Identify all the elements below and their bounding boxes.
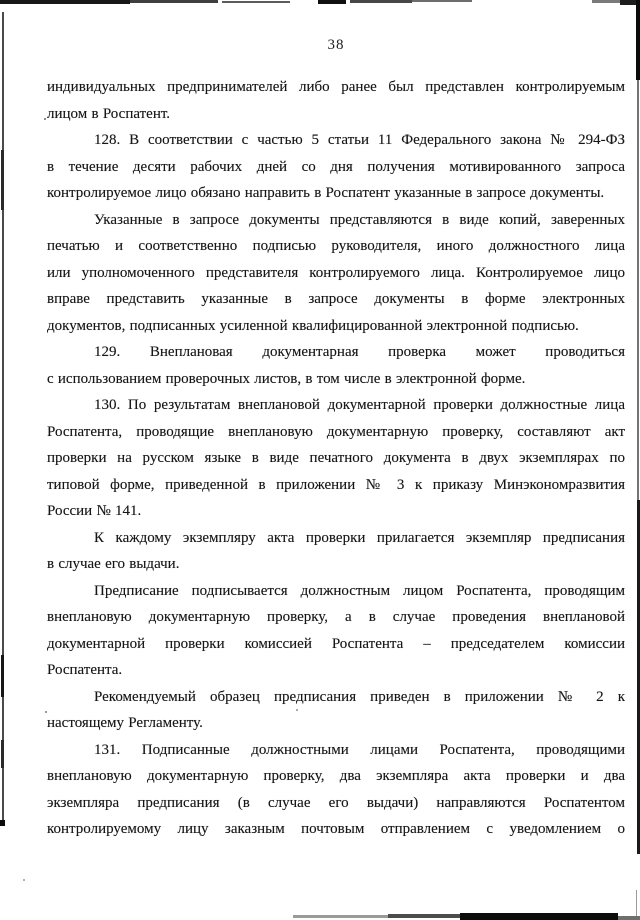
scan-artifact-left-line [2,12,4,826]
text-line: документов, подписанных усиленной квалиф… [47,313,625,340]
text-line: контролируемому лицу заказным почтовым о… [47,816,625,843]
scan-artifact-top-edge [592,0,620,3]
scan-artifact-right-line [636,890,637,916]
scan-artifact-left-line [1,740,4,768]
scan-speck [23,879,25,881]
text-line: проверки на русском языке в виде печатно… [47,445,625,472]
text-line: в случае его выдачи. [47,551,625,578]
text-line: внеплановую документарную проверку, а в … [47,604,625,631]
scan-artifact-top-edge [222,1,290,3]
paragraph: Рекомендуемый образец предписания привед… [47,684,625,737]
page-number: 38 [47,36,625,54]
text-line: 131. Подписанные должностными лицами Рос… [47,737,625,764]
text-line: лицом в Роспатент. [47,101,625,128]
text-line: 129. Внеплановая документарная проверка … [47,339,625,366]
paragraph: К каждому экземпляру акта проверки прила… [47,525,625,578]
scan-artifact-bottom-edge [293,915,388,918]
text-line: в течение десяти рабочих дней со дня пол… [47,154,625,181]
paragraph: индивидуальных предпринимателей либо ран… [47,74,625,127]
scan-artifact-top-edge [350,0,412,3]
document-page: 38 индивидуальных предпринимателей либо … [0,0,640,920]
scan-artifact-top-edge [412,0,472,2]
paragraph: 130. По результатам внеплановой документ… [47,392,625,525]
text-line: Указанные в запросе документы представля… [47,207,625,234]
scan-artifact-right-line [636,0,640,80]
text-line: контролируемое лицо обязано направить в … [47,180,625,207]
text-line: 130. По результатам внеплановой документ… [47,392,625,419]
paragraph: 129. Внеплановая документарная проверка … [47,339,625,392]
text-line: или уполномоченного представителя контро… [47,260,625,287]
text-line: России № 141. [47,498,625,525]
text-line: 128. В соответствии с частью 5 статьи 11… [47,127,625,154]
paragraph: Предписание подписывается должностным ли… [47,578,625,684]
scan-artifact-left-line [1,655,4,697]
text-line: экземпляра предписания (в случае его выд… [47,790,625,817]
text-line: К каждому экземпляру акта проверки прила… [47,525,625,552]
text-line: индивидуальных предпринимателей либо ран… [47,74,625,101]
text-line: вправе представить указанные в запросе д… [47,286,625,313]
text-line: с использованием проверочных листов, в т… [47,366,625,393]
text-line: внеплановую документарную проверку, два … [47,763,625,790]
text-line: документарной проверки комиссией Роспате… [47,631,625,658]
text-line: Предписание подписывается должностным ли… [47,578,625,605]
scan-artifact-top-edge [620,0,640,5]
paragraph: Указанные в запросе документы представля… [47,207,625,340]
scan-artifact-top-edge [130,0,218,3]
text-line: Роспатента, проводящие внеплановую докум… [47,419,625,446]
text-line: Роспатента. [47,657,625,684]
paragraph: 128. В соответствии с частью 5 статьи 11… [47,127,625,207]
scan-artifact-top-edge [0,0,130,4]
scan-speck [44,118,46,120]
scan-artifact-top-edge [318,0,346,4]
scan-artifact-left-line [0,820,5,826]
document-body: индивидуальных предпринимателей либо ран… [47,74,625,843]
text-line: печатью и соответственно подписью руково… [47,233,625,260]
scan-artifact-bottom-edge [618,916,640,920]
text-line: настоящему Регламенту. [47,710,625,737]
scan-artifact-bottom-edge [460,913,618,920]
text-line: Рекомендуемый образец предписания привед… [47,684,625,711]
scan-artifact-left-line [1,150,4,210]
text-line: типовой форме, приведенной в приложении … [47,472,625,499]
paragraph: 131. Подписанные должностными лицами Рос… [47,737,625,843]
scan-artifact-bottom-edge [388,914,460,918]
scan-artifact-right-line [637,80,639,500]
